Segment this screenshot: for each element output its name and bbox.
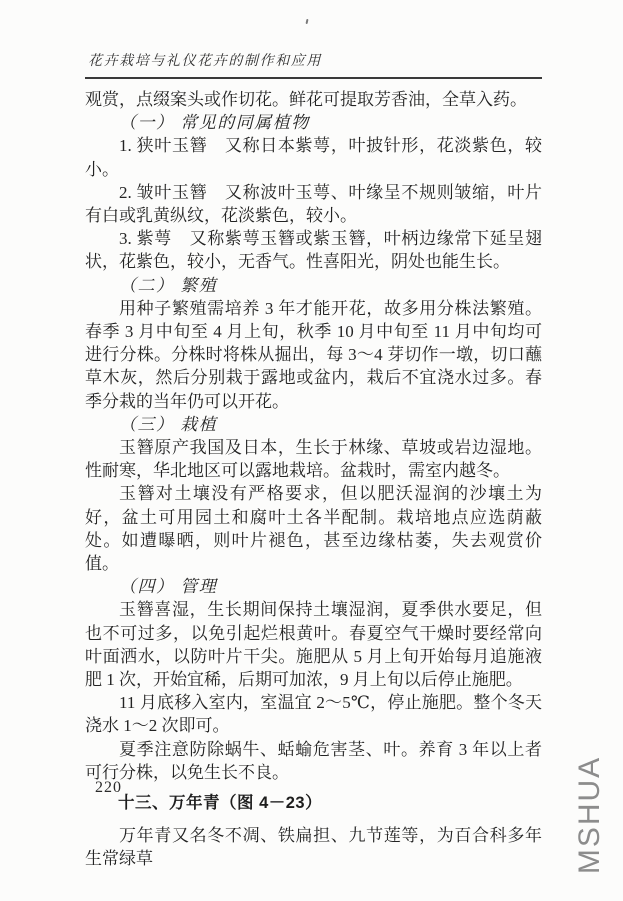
page-content: 观赏，点缀案头或作切花。鲜花可提取芳香油，全草入药。 （一） 常见的同属植物 1…	[85, 88, 542, 871]
numbered-item: 2. 皱叶玉簪 又称波叶玉萼、叶缘呈不规则皱缩，叶片有白或乳黄纵纹，花淡紫色，较…	[85, 181, 542, 227]
paragraph: 玉簪原产我国及日本，生长于林缘、草坡或岩边湿地。性耐寒，华北地区可以露地栽培。盆…	[85, 436, 542, 482]
scan-speck	[306, 19, 309, 24]
section-heading: 十三、万年青（图 4－23）	[85, 791, 542, 815]
book-page: 花卉栽培与礼仪花卉的制作和应用 观赏，点缀案头或作切花。鲜花可提取芳香油，全草入…	[0, 0, 623, 901]
numbered-item: 3. 紫萼 又称紫萼玉簪或紫玉簪，叶柄边缘常下延呈翅状，花紫色，较小，无香气。性…	[85, 227, 542, 273]
paragraph: 玉簪喜湿，生长期间保持土壤湿润，夏季供水要足，但也不可过多，以免引起烂根黄叶。春…	[85, 598, 542, 691]
section-label: （三） 栽植	[85, 413, 542, 436]
section-label: （二） 繁殖	[85, 274, 542, 297]
paragraph: 观赏，点缀案头或作切花。鲜花可提取芳香油，全草入药。	[85, 88, 542, 111]
paragraph: 11 月底移入室内，室温宜 2～5℃，停止施肥。整个冬天浇水 1～2 次即可。	[85, 691, 542, 737]
paragraph: 用种子繁殖需培养 3 年才能开花，故多用分株法繁殖。春季 3 月中旬至 4 月上…	[85, 297, 542, 413]
paragraph: 玉簪对土壤没有严格要求，但以肥沃湿润的沙壤土为好，盆土可用园土和腐叶土各半配制。…	[85, 482, 542, 575]
page-number: 220	[95, 779, 122, 797]
paragraph: 夏季注意防除蜗牛、蛞蝓危害茎、叶。养育 3 年以上者可行分株，以免生长不良。	[85, 738, 542, 784]
paragraph: 万年青又名冬不凋、铁扁担、九节莲等，为百合科多年生常绿草	[85, 824, 542, 870]
header-rule	[85, 77, 542, 79]
section-label: （一） 常见的同属植物	[85, 111, 542, 134]
numbered-item: 1. 狭叶玉簪 又称日本紫萼，叶披针形，花淡紫色，较小。	[85, 134, 542, 180]
running-header-title: 花卉栽培与礼仪花卉的制作和应用	[88, 50, 322, 70]
watermark: MSHUA	[570, 745, 610, 885]
section-label: （四） 管理	[85, 575, 542, 598]
